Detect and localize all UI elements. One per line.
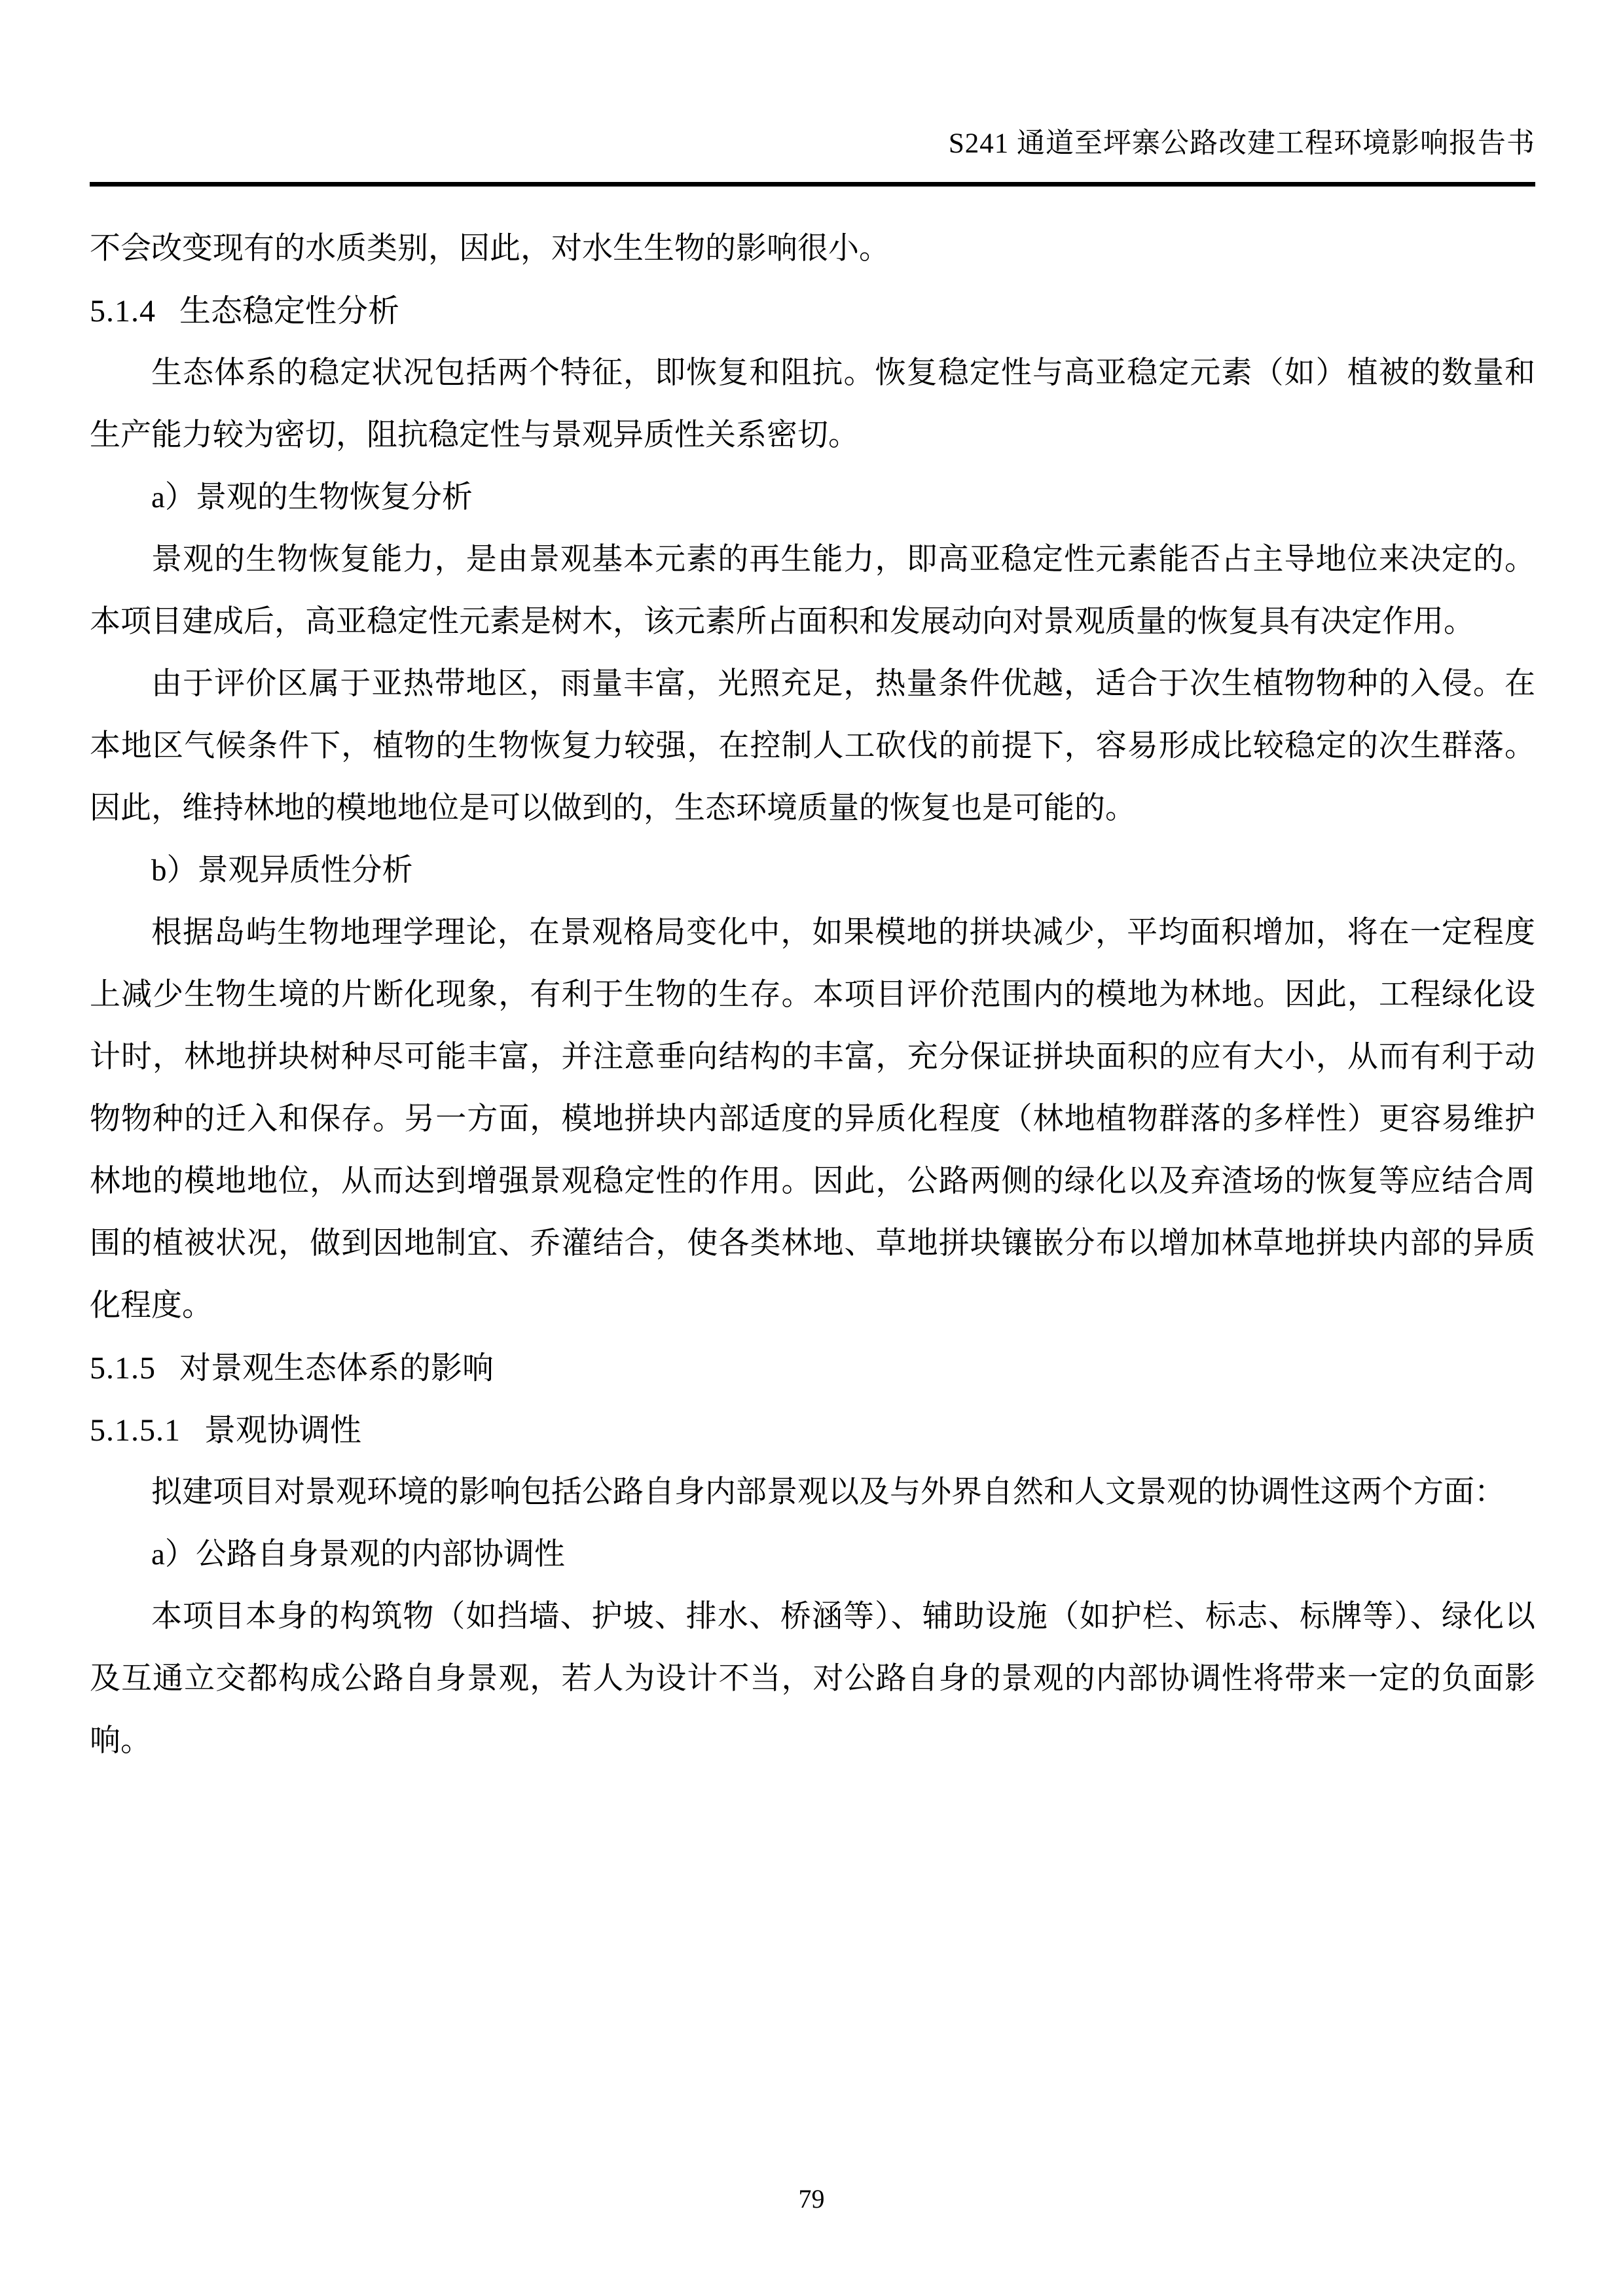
header-divider [90,182,1535,187]
page-header: S241 通道至坪寨公路改建工程环境影响报告书 [90,0,1535,187]
section-heading: 5.1.5对景观生态体系的影响 [90,1337,1535,1399]
paragraph: 根据岛屿生物地理学理论，在景观格局变化中，如果模地的拼块减少，平均面积增加，将在… [90,902,1535,1337]
paragraph: 不会改变现有的水质类别，因此，对水生生物的影响很小。 [90,218,1535,280]
page-footer: 79 [0,2186,1623,2212]
section-title: 生态稳定性分析 [179,294,399,329]
subsection-label: b）景观异质性分析 [90,840,1535,902]
section-heading: 5.1.4生态稳定性分析 [90,280,1535,342]
section-number: 5.1.5.1 [90,1413,181,1448]
paragraph: 生态体系的稳定状况包括两个特征，即恢复和阻抗。恢复稳定性与高亚稳定元素（如）植被… [90,342,1535,467]
paragraph: 景观的生物恢复能力，是由景观基本元素的再生能力，即高亚稳定性元素能否占主导地位来… [90,529,1535,653]
paragraph: 拟建项目对景观环境的影响包括公路自身内部景观以及与外界自然和人文景观的协调性这两… [90,1462,1535,1524]
document-body: 不会改变现有的水质类别，因此，对水生生物的影响很小。5.1.4生态稳定性分析生态… [90,218,1535,1772]
page-number: 79 [799,2184,825,2214]
document-page: S241 通道至坪寨公路改建工程环境影响报告书 不会改变现有的水质类别，因此，对… [0,0,1623,2296]
subsection-label: a）公路自身景观的内部协调性 [90,1524,1535,1586]
paragraph: 本项目本身的构筑物（如挡墙、护坡、排水、桥涵等）、辅助设施（如护栏、标志、标牌等… [90,1586,1535,1772]
subsection-label: a）景观的生物恢复分析 [90,467,1535,529]
section-title: 景观协调性 [204,1413,361,1448]
section-title: 对景观生态体系的影响 [179,1351,494,1386]
report-title: S241 通道至坪寨公路改建工程环境影响报告书 [90,126,1535,162]
section-number: 5.1.4 [90,294,156,329]
paragraph: 由于评价区属于亚热带地区，雨量丰富，光照充足，热量条件优越，适合于次生植物物种的… [90,653,1535,840]
section-heading: 5.1.5.1景观协调性 [90,1399,1535,1462]
section-number: 5.1.5 [90,1351,156,1386]
